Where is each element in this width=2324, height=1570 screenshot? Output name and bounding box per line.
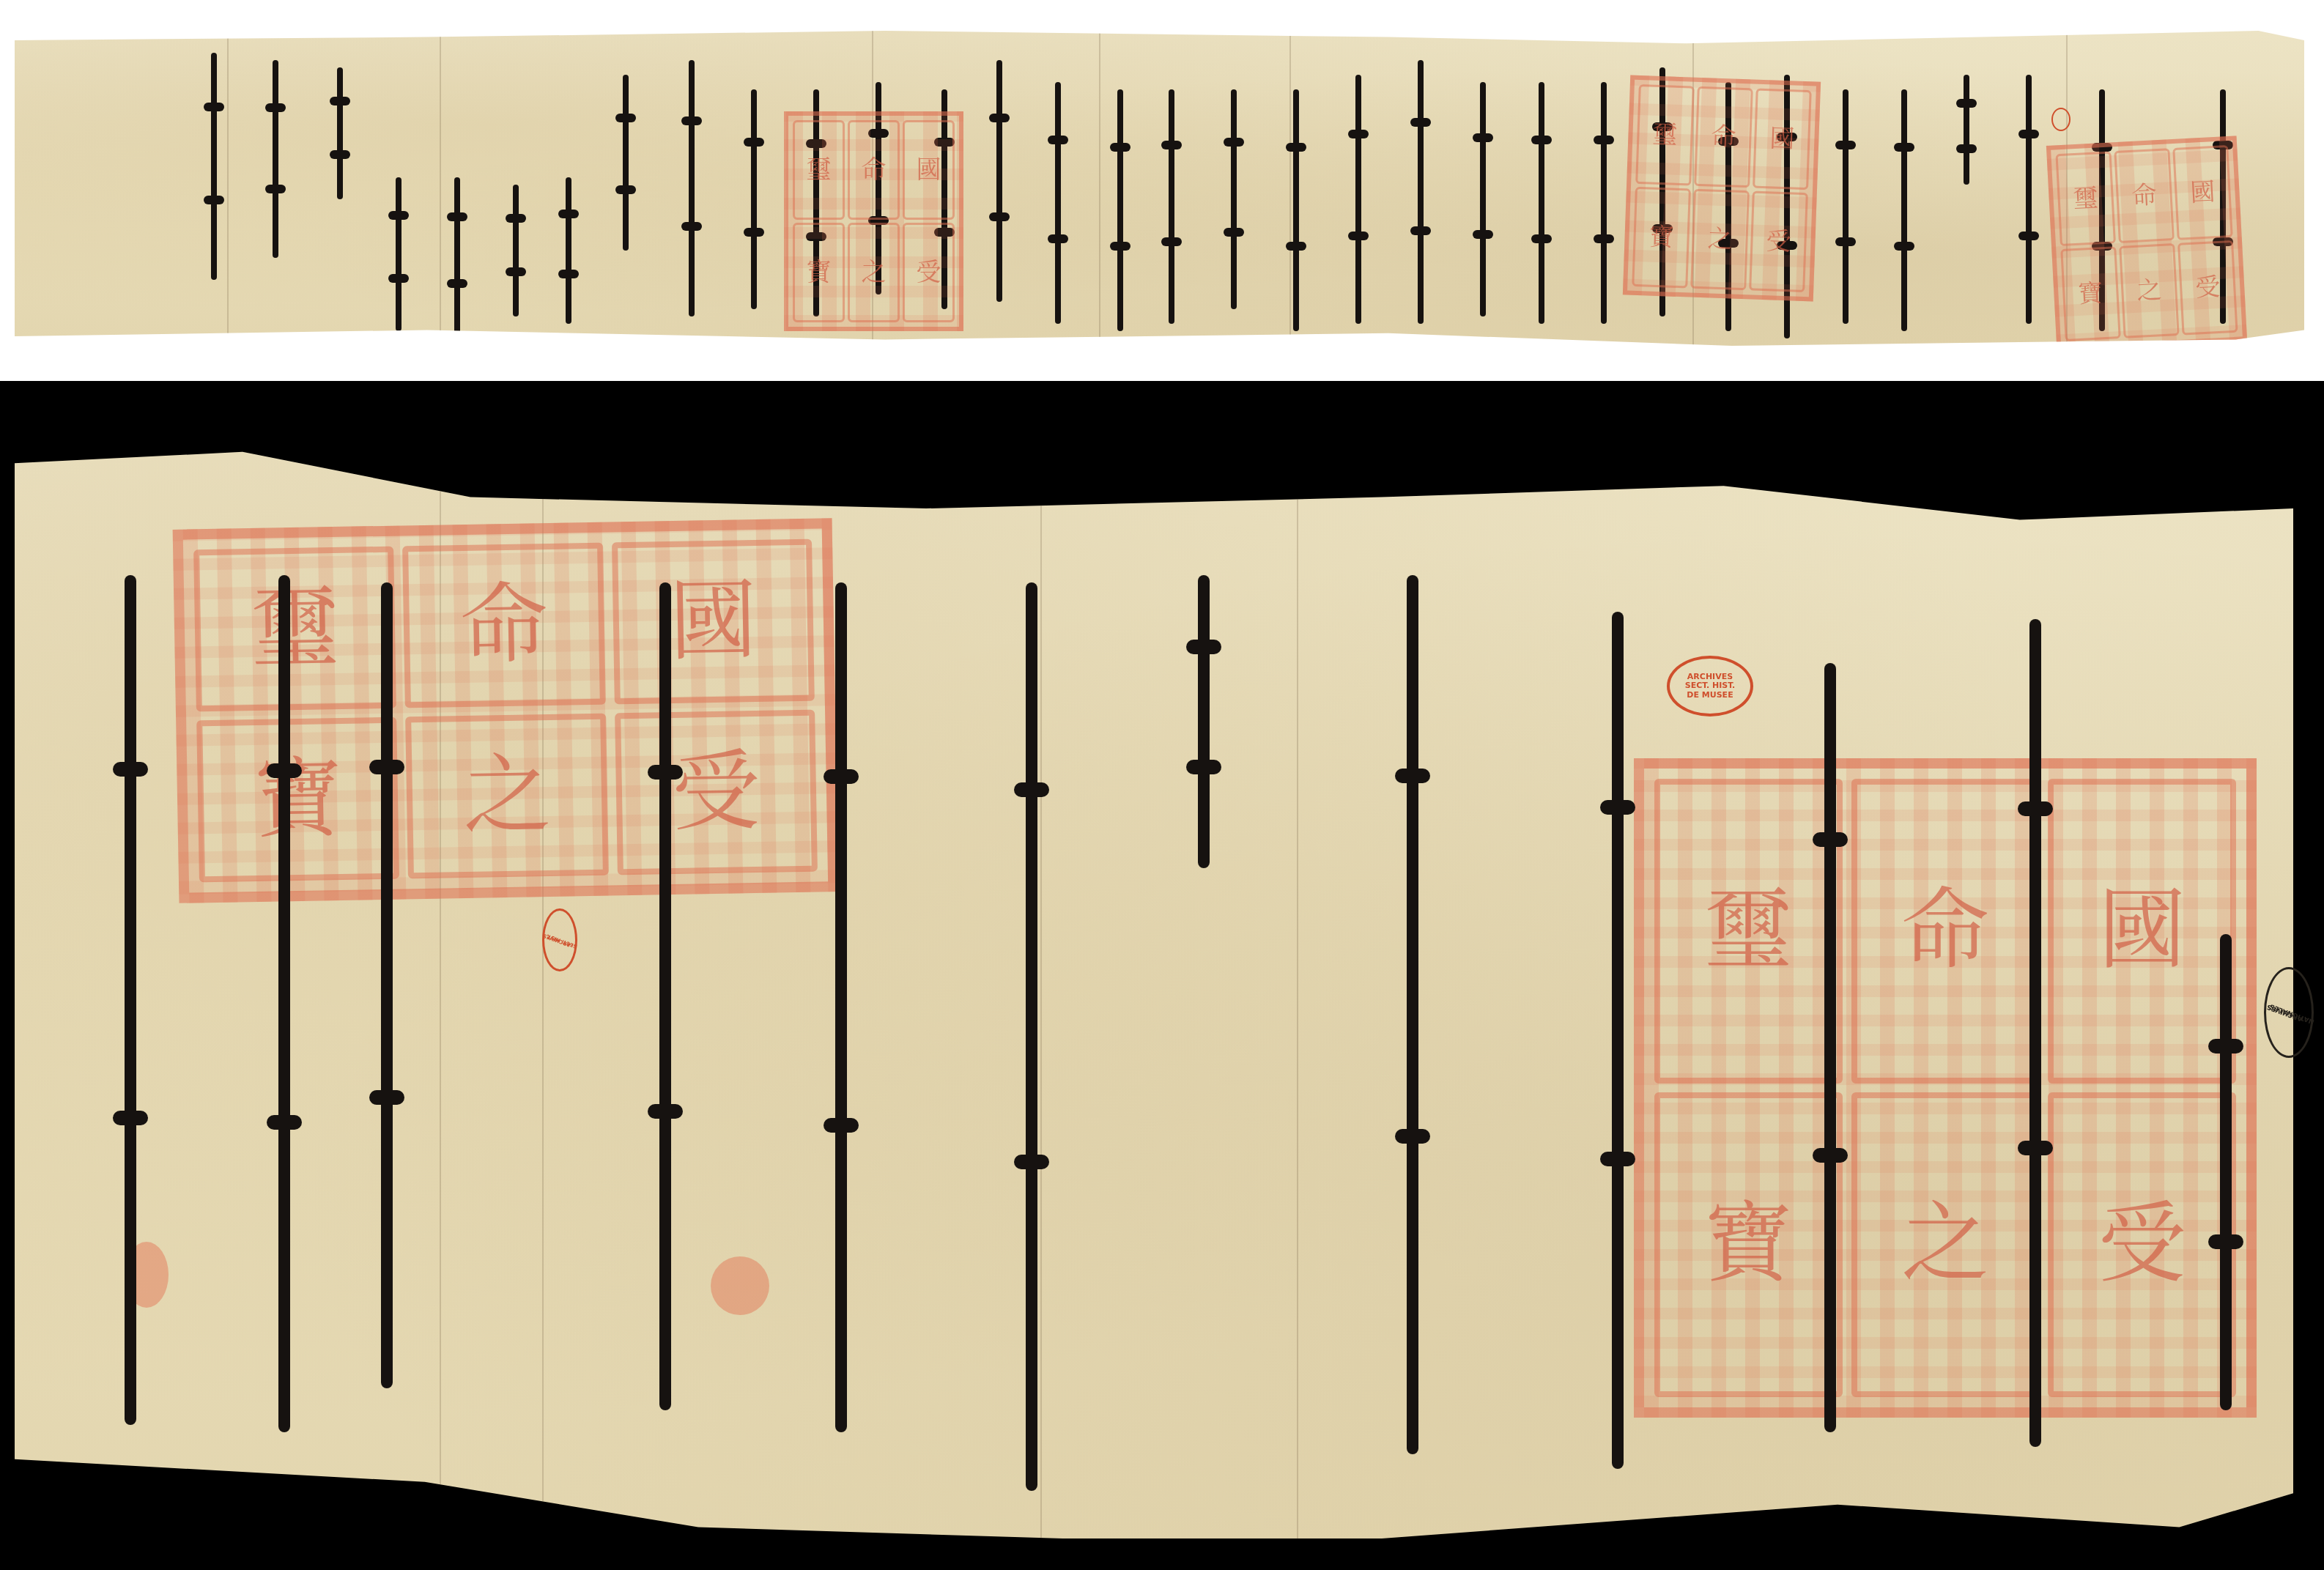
stamp-text: SECT. HIST.: [547, 933, 579, 949]
archives-sect-stamp: ARCHIVES SECT. HIST. DE MUSEE: [1667, 656, 1753, 717]
seal-glyph: 國: [2048, 779, 2236, 1084]
seal-glyph: 國: [2172, 145, 2232, 240]
script-column: [689, 60, 695, 316]
scroll-overview-panel: 璽 命 國 寶 之 受 璽 命 國 寶 之 受 璽 命 國 寶 之 受: [15, 31, 2304, 346]
script-column: [1901, 89, 1907, 331]
seal-glyph: 命: [1851, 779, 2040, 1084]
script-column: [1539, 82, 1544, 324]
seal-glyph: 寶: [2060, 246, 2120, 341]
script-column: [2029, 619, 2041, 1447]
seal-glyph: 國: [903, 120, 955, 220]
seal-glyph: 寶: [196, 717, 399, 883]
imperial-seal: 璽 命 國 寶 之 受: [1623, 75, 1821, 302]
script-column: [2026, 75, 2032, 324]
script-column: [1843, 89, 1849, 324]
seal-glyph: 受: [2048, 1092, 2236, 1397]
imperial-seal: 璽 命 國 寶 之 受: [784, 111, 963, 331]
script-column: [1824, 663, 1836, 1432]
paper-fold: [1289, 31, 1291, 346]
script-column: [211, 53, 217, 280]
script-column: [996, 60, 1002, 302]
seal-glyph: 之: [1690, 189, 1750, 291]
seal-glyph: 受: [903, 223, 955, 322]
script-column: [1355, 75, 1361, 324]
script-column: [1601, 82, 1607, 324]
seal-glyph: 受: [615, 710, 818, 875]
seal-glyph: 璽: [1635, 84, 1695, 186]
imperial-seal: 璽 命 國 寶 之 受: [2046, 136, 2247, 350]
imperial-seal: 璽 命 國 寶 之 受: [173, 518, 839, 903]
seal-glyph: 受: [2177, 240, 2238, 336]
script-column: [125, 575, 136, 1425]
script-column: [1055, 82, 1061, 324]
script-column: [1117, 89, 1123, 331]
seal-glyph: 受: [1749, 190, 1808, 292]
script-column: [1480, 82, 1486, 316]
seal-glyph: 國: [1753, 89, 1812, 190]
script-column: [1293, 89, 1299, 331]
seal-glyph: 寶: [1654, 1092, 1843, 1397]
seal-glyph: 寶: [1632, 187, 1691, 289]
script-column: [1964, 75, 1969, 185]
script-column: [623, 75, 629, 251]
script-column: [659, 582, 671, 1410]
seal-glyph: 之: [2119, 243, 2179, 338]
seal-glyph: 命: [402, 543, 605, 708]
script-column: [751, 89, 757, 309]
imperial-seal: 璽 命 國 寶 之 受: [1634, 758, 2257, 1418]
seal-glyph: 璽: [193, 547, 396, 712]
stamp-text: DE MUSEE: [1685, 691, 1736, 700]
seal-glyph: 命: [2114, 148, 2174, 243]
paper-fold: [227, 31, 229, 346]
script-column: [513, 185, 519, 316]
script-column: [835, 582, 847, 1432]
seal-glyph: 之: [848, 223, 900, 322]
ink-stain: [711, 1256, 769, 1315]
script-column: [1612, 612, 1624, 1469]
paper-fold: [1099, 31, 1100, 346]
script-column: [1026, 582, 1037, 1491]
script-column: [278, 575, 290, 1432]
seal-glyph: 國: [612, 539, 815, 705]
script-column: [337, 67, 343, 199]
seal-glyph: 璽: [2055, 151, 2115, 246]
script-column: [396, 177, 401, 331]
script-column: [1198, 575, 1210, 868]
seal-glyph: 之: [405, 714, 608, 879]
script-column: [1169, 89, 1174, 324]
script-column: [454, 177, 460, 338]
archives-sect-stamp-small: ARCHIVES SECT. HIST.: [542, 908, 577, 971]
paper-fold: [1040, 407, 1042, 1538]
paper-fold: [1297, 407, 1298, 1538]
stamp-text: SECT. HIST.: [1685, 681, 1736, 690]
script-column: [381, 582, 393, 1388]
script-column: [1407, 575, 1418, 1454]
seal-glyph: 璽: [793, 120, 845, 220]
script-column: [273, 60, 278, 258]
scroll-detail-panel: 璽 命 國 寶 之 受 璽 命 國 寶 之 受: [15, 407, 2293, 1538]
seal-glyph: 之: [1851, 1092, 2040, 1397]
script-column: [2220, 934, 2232, 1410]
seal-glyph: 命: [1694, 86, 1753, 188]
seal-glyph: 命: [848, 120, 900, 220]
script-column: [1418, 60, 1424, 324]
seal-glyph: 寶: [793, 223, 845, 322]
seal-glyph: 璽: [1654, 779, 1843, 1084]
paper-fold: [440, 31, 441, 346]
archive-stamp-mini: [2051, 108, 2070, 131]
script-column: [566, 177, 571, 324]
archives-nationales-stamp: ARCHIVES NATIONALES: [2264, 967, 2314, 1058]
script-column: [1231, 89, 1237, 309]
